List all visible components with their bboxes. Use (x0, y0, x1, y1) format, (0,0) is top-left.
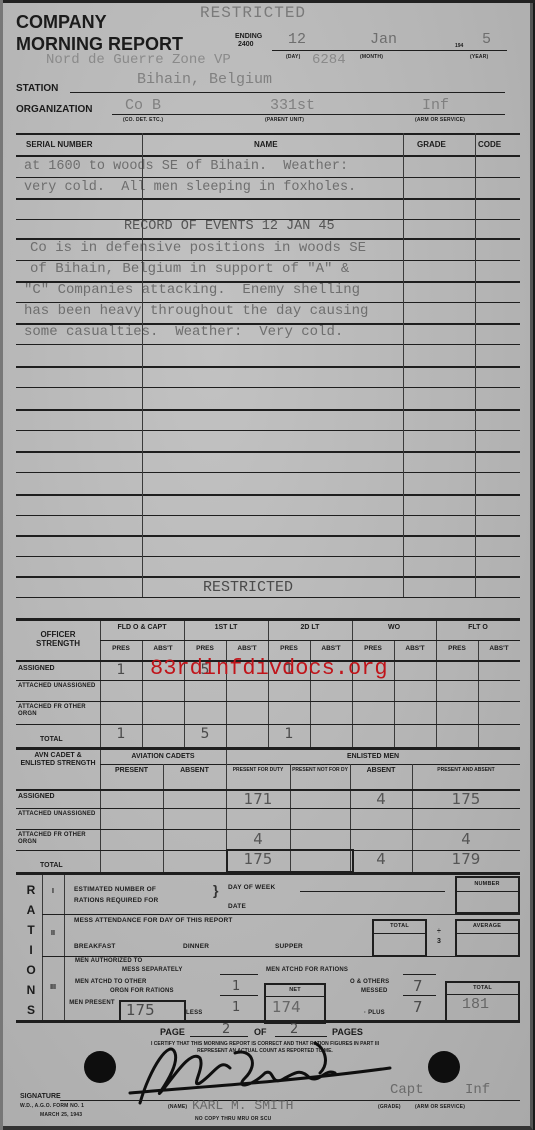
grade-caption: (GRADE) (378, 1104, 401, 1110)
org-arm-caption: (ARM OR SERVICE) (415, 117, 465, 123)
officer-cell (352, 703, 394, 721)
officer-cell (226, 726, 268, 744)
breakfast-label: BREAKFAST (74, 943, 116, 950)
record-line-2: of Bihain, Belgium in support of "A" & (30, 261, 349, 277)
men-present-label: MEN PRESENT (66, 1000, 118, 1007)
plus-value: 7 (413, 998, 423, 1016)
average-box-rule (457, 933, 518, 934)
officer-strength-label: OFFICER STRENGTH (18, 630, 98, 648)
atchd-other-label-1: MEN ATCHD TO OTHER (75, 979, 147, 985)
officer-subcol-pres: PRES (100, 645, 142, 652)
officer-group-4: FLT O (436, 624, 520, 631)
officer-cell: 1 (268, 726, 310, 744)
rations-letter: T (22, 920, 40, 940)
roster-rule (16, 472, 520, 473)
year-caption: (YEAR) (470, 54, 488, 60)
roster-rule (16, 494, 520, 496)
month-caption: (MONTH) (360, 54, 383, 60)
officers-underline (403, 995, 436, 996)
officer-subhead-rule (100, 640, 520, 641)
officer-cell (394, 703, 436, 721)
location-line: Nord de Guerre Zone VP (46, 52, 231, 68)
officer-cell (226, 703, 268, 721)
roster-rule (16, 556, 520, 557)
day-of-week-field[interactable] (300, 891, 445, 892)
officer-cell (268, 682, 310, 700)
enlisted-top-rule (16, 747, 520, 750)
roster-line-1: at 1600 to woods SE of Bihain. Weather: (24, 159, 348, 174)
org-arm: Inf (422, 97, 449, 114)
watermark-text: 83rdinfdivdocs.org (150, 656, 388, 681)
officer-subcol-pres: PRES (184, 645, 226, 652)
section-i-label: ESTIMATED NUMBER OF RATIONS REQUIRED FOR (74, 884, 158, 906)
officer-cell: 1 (100, 726, 142, 744)
enlisted-row-attached-other: ATTACHED FR OTHER ORGN (18, 832, 98, 846)
name-value: KARL M. SMITH (192, 1098, 293, 1113)
officer-subcol-pres: PRES (352, 645, 394, 652)
officer-cell (184, 682, 226, 700)
officer-cell (478, 726, 520, 744)
roster-rule (16, 198, 520, 200)
officer-cell (394, 662, 436, 680)
officer-subcol-abst: ABS'T (394, 645, 436, 652)
restricted-stamp-top: RESTRICTED (200, 4, 306, 22)
officer-subcol-abst: ABS'T (142, 645, 184, 652)
atchd-other-label-2: ORGN FOR RATIONS (110, 988, 174, 994)
officer-subcol-abst: ABS'T (310, 645, 352, 652)
officer-row-attached-unassigned: ATTACHED UNASSIGNED (18, 683, 98, 690)
rations-letter: N (22, 980, 40, 1000)
roster-rule (16, 597, 520, 598)
roster-rule (16, 451, 520, 453)
divide-by-three: ÷ 3 (437, 927, 445, 947)
org-underline (112, 114, 505, 115)
organization-label: ORGANIZATION (16, 104, 92, 115)
roster-rule (16, 387, 520, 388)
officer-cell (478, 682, 520, 700)
roster-rule (16, 366, 520, 368)
grade-value: Capt (390, 1082, 424, 1098)
enlisted-cell: 171 (226, 790, 290, 808)
atchd-for-rations-field[interactable] (403, 974, 436, 975)
officer-cell (268, 703, 310, 721)
enlisted-col-header-0: PRESENT (100, 767, 163, 774)
dinner-label: DINNER (183, 943, 209, 950)
roster-rule (16, 515, 520, 516)
enlisted-row-rule (16, 808, 520, 809)
officer-cell (478, 703, 520, 721)
total-box-rule (374, 933, 425, 934)
officer-cell (436, 682, 478, 700)
arm-value: Inf (465, 1082, 490, 1098)
rations-letter: O (22, 960, 40, 980)
roster-rule (16, 576, 520, 578)
officer-cell (394, 726, 436, 744)
record-line-4: has been heavy throughout the day causin… (24, 303, 368, 319)
officer-cell (310, 726, 352, 744)
morning-report-form: RESTRICTED COMPANY MORNING REPORT ENDING… (0, 0, 533, 1130)
year-prefix: 194 (455, 43, 463, 49)
left-edge (0, 0, 3, 1130)
record-line-5: some casualties. Weather: Very cold. (24, 324, 343, 340)
day-caption: (DAY) (286, 54, 300, 60)
mess-attendance-label: MESS ATTENDANCE FOR DAY OF THIS REPORT (74, 917, 233, 924)
report-day: 12 (288, 31, 306, 48)
officer-cell (142, 682, 184, 700)
enlisted-strength-label: AVN CADET & ENLISTED STRENGTH (18, 752, 98, 768)
record-line-3: "C" Companies attacking. Enemy shelling (24, 282, 360, 298)
rations-letter: A (22, 900, 40, 920)
officer-row-rule (16, 724, 520, 725)
form-date: MARCH 25, 1943 (40, 1112, 82, 1118)
enlisted-cell: 179 (412, 850, 520, 868)
record-of-events-heading: RECORD OF EVENTS 12 JAN 45 (124, 219, 335, 234)
section-i-label-line1: ESTIMATED NUMBER OF (74, 884, 158, 895)
officer-cell (310, 682, 352, 700)
officer-row-rule (16, 701, 520, 702)
section-i-label-line2: RATIONS REQUIRED FOR (74, 895, 158, 906)
officer-group-0: FLD O & CAPT (100, 624, 184, 631)
org-company-caption: (CO. DET. ETC.) (123, 117, 163, 123)
date-underline (272, 50, 507, 51)
roster-rule (16, 177, 520, 178)
brace-icon: } (213, 882, 218, 898)
record-line-1: Co is in defensive positions in woods SE (30, 240, 366, 256)
rations-letter: I (22, 940, 40, 960)
officer-cell: 5 (184, 726, 226, 744)
enlisted-row-assigned: ASSIGNED (18, 793, 55, 800)
rations-divider (64, 875, 65, 1020)
enlisted-cell: 175 (412, 790, 520, 808)
org-parent-caption: (PARENT UNIT) (265, 117, 304, 123)
section-i-numeral: I (42, 888, 64, 895)
officer-cell (310, 703, 352, 721)
roster-divider-grade (475, 133, 476, 597)
net-label: NET (264, 987, 326, 993)
signature-label: SIGNATURE (20, 1093, 61, 1100)
roster-line-2: very cold. All men sleeping in foxholes. (24, 180, 356, 195)
enlisted-cell: 4 (412, 830, 520, 848)
authorized-label-1: MEN AUTHORIZED TO (75, 958, 142, 964)
enlisted-cell: 4 (350, 790, 412, 808)
col-grade: GRADE (417, 140, 446, 149)
ending-label: ENDING 2400 (235, 33, 262, 49)
name-caption: (NAME) (168, 1104, 187, 1110)
officer-cell: 1 (100, 662, 142, 680)
officers-value: 7 (413, 977, 423, 995)
form-number: W.D., A.G.O. FORM NO. 1 (20, 1103, 84, 1109)
restricted-stamp-mid: RESTRICTED (203, 579, 293, 596)
enlisted-col-divider (163, 764, 164, 872)
roster-divider-name (403, 133, 404, 597)
officer-row-assigned: ASSIGNED (18, 665, 55, 672)
atchd-other-underline (220, 995, 258, 996)
officer-subcol-pres: PRES (436, 645, 478, 652)
day-of-week-label: DAY OF WEEK (228, 884, 275, 891)
officer-group-3: WO (352, 624, 436, 631)
date-label: DATE (228, 903, 246, 910)
officer-cell (142, 726, 184, 744)
net-value: 174 (272, 998, 301, 1016)
ending-time: 2400 (235, 41, 262, 49)
officer-cell (478, 662, 520, 680)
station-underline (70, 92, 505, 93)
apo-number: 6284 (312, 52, 346, 68)
enlisted-col-header-5: PRESENT AND ABSENT (412, 767, 520, 774)
top-edge (0, 0, 535, 3)
less-value: 1 (232, 1000, 240, 1015)
copy-note: NO COPY THRU MRU OR SCU (195, 1116, 271, 1122)
aviation-cadets-label: AVIATION CADETS (100, 753, 226, 760)
atchd-other-value: 1 (232, 979, 240, 994)
rations-letter: R (22, 880, 40, 900)
officer-cell (100, 703, 142, 721)
roster-divider-serial (142, 133, 143, 597)
officers-label-2: MESSED (361, 988, 388, 994)
rations-bottom-rule (16, 1020, 520, 1023)
roster-rule (16, 535, 520, 537)
net-box-rule (266, 996, 324, 997)
enlisted-col-header-2: PRESENT FOR DUTY (226, 767, 290, 774)
roster-rule (16, 430, 520, 431)
less-label: LESS (186, 1010, 202, 1016)
section-rule (42, 956, 520, 957)
plus-text: PLUS (368, 1010, 385, 1016)
enlisted-row-attached-unassigned: ATTACHED UNASSIGNED (18, 811, 98, 818)
ration-total-value: 181 (462, 996, 489, 1013)
officer-group-2: 2D LT (268, 624, 352, 631)
org-company: Co B (125, 97, 161, 114)
officer-cell (142, 703, 184, 721)
enlisted-col-header-4: ABSENT (350, 767, 412, 774)
officer-cell (100, 682, 142, 700)
col-serial-number: SERIAL NUMBER (26, 140, 93, 149)
officer-cell (436, 662, 478, 680)
atchd-for-rations-label: MEN ATCHD FOR RATIONS (266, 967, 348, 973)
officer-row-attached-other: ATTACHED FR OTHER ORGN (18, 704, 98, 718)
section-rule (42, 914, 520, 915)
enlisted-men-label: ENLISTED MEN (226, 753, 520, 760)
org-parent: 331st (270, 97, 315, 114)
ration-total-label: TOTAL (445, 985, 520, 991)
section-iii-numeral: III (42, 984, 64, 991)
enlisted-cell: 175 (226, 850, 290, 868)
col-name: NAME (254, 140, 278, 149)
report-month: Jan (370, 31, 397, 48)
officer-row-total: TOTAL (40, 736, 63, 743)
mess-separately-field[interactable] (220, 974, 258, 975)
rations-side-label: RATIONS (22, 880, 40, 1020)
average-label: AVERAGE (455, 923, 519, 929)
number-box-rule (457, 891, 518, 892)
authorized-label-2: MESS SEPARATELY (122, 967, 183, 973)
men-present-value: 175 (126, 1001, 155, 1019)
plus-label: · PLUS (364, 1010, 385, 1016)
officer-cell (352, 726, 394, 744)
ration-total-box-rule (447, 994, 518, 995)
total-label: TOTAL (372, 923, 427, 929)
supper-label: SUPPER (275, 943, 303, 950)
officer-subcol-pres: PRES (268, 645, 310, 652)
rations-letter: S (22, 1000, 40, 1020)
col-code: CODE (478, 140, 501, 149)
officer-subcol-abst: ABS'T (478, 645, 520, 652)
enlisted-cell: 4 (226, 830, 290, 848)
arm-caption: (ARM OR SERVICE) (415, 1104, 465, 1110)
enlisted-row-total: TOTAL (40, 862, 63, 869)
officer-subcol-abst: ABS'T (226, 645, 268, 652)
rations-divider (42, 875, 43, 1020)
station-label: STATION (16, 83, 58, 94)
punch-hole-right (428, 1051, 460, 1083)
officer-cell (394, 682, 436, 700)
officer-cell (436, 726, 478, 744)
report-year: 5 (482, 31, 491, 48)
ending-text: ENDING (235, 33, 262, 41)
officer-cell (352, 682, 394, 700)
enlisted-col-header-3: PRESENT NOT FOR DY (290, 767, 350, 774)
roster-rule (16, 409, 520, 411)
form-title-line1: COMPANY (16, 12, 107, 33)
rations-top-rule (16, 872, 520, 875)
officer-cell (184, 703, 226, 721)
signature-scrawl (100, 1028, 400, 1108)
enlisted-col-header-1: ABSENT (163, 767, 226, 774)
officer-cell (226, 682, 268, 700)
roster-header-rule (16, 155, 520, 157)
roster-rule (16, 344, 520, 345)
station-value: Bihain, Belgium (137, 71, 272, 88)
enlisted-cell: 4 (350, 850, 412, 868)
officer-group-1: 1ST LT (184, 624, 268, 631)
number-label: NUMBER (455, 881, 519, 887)
roster-top-rule (16, 133, 520, 135)
officers-label-1: O & OTHERS (350, 979, 389, 985)
officer-cell (436, 703, 478, 721)
section-ii-numeral: II (42, 930, 64, 937)
